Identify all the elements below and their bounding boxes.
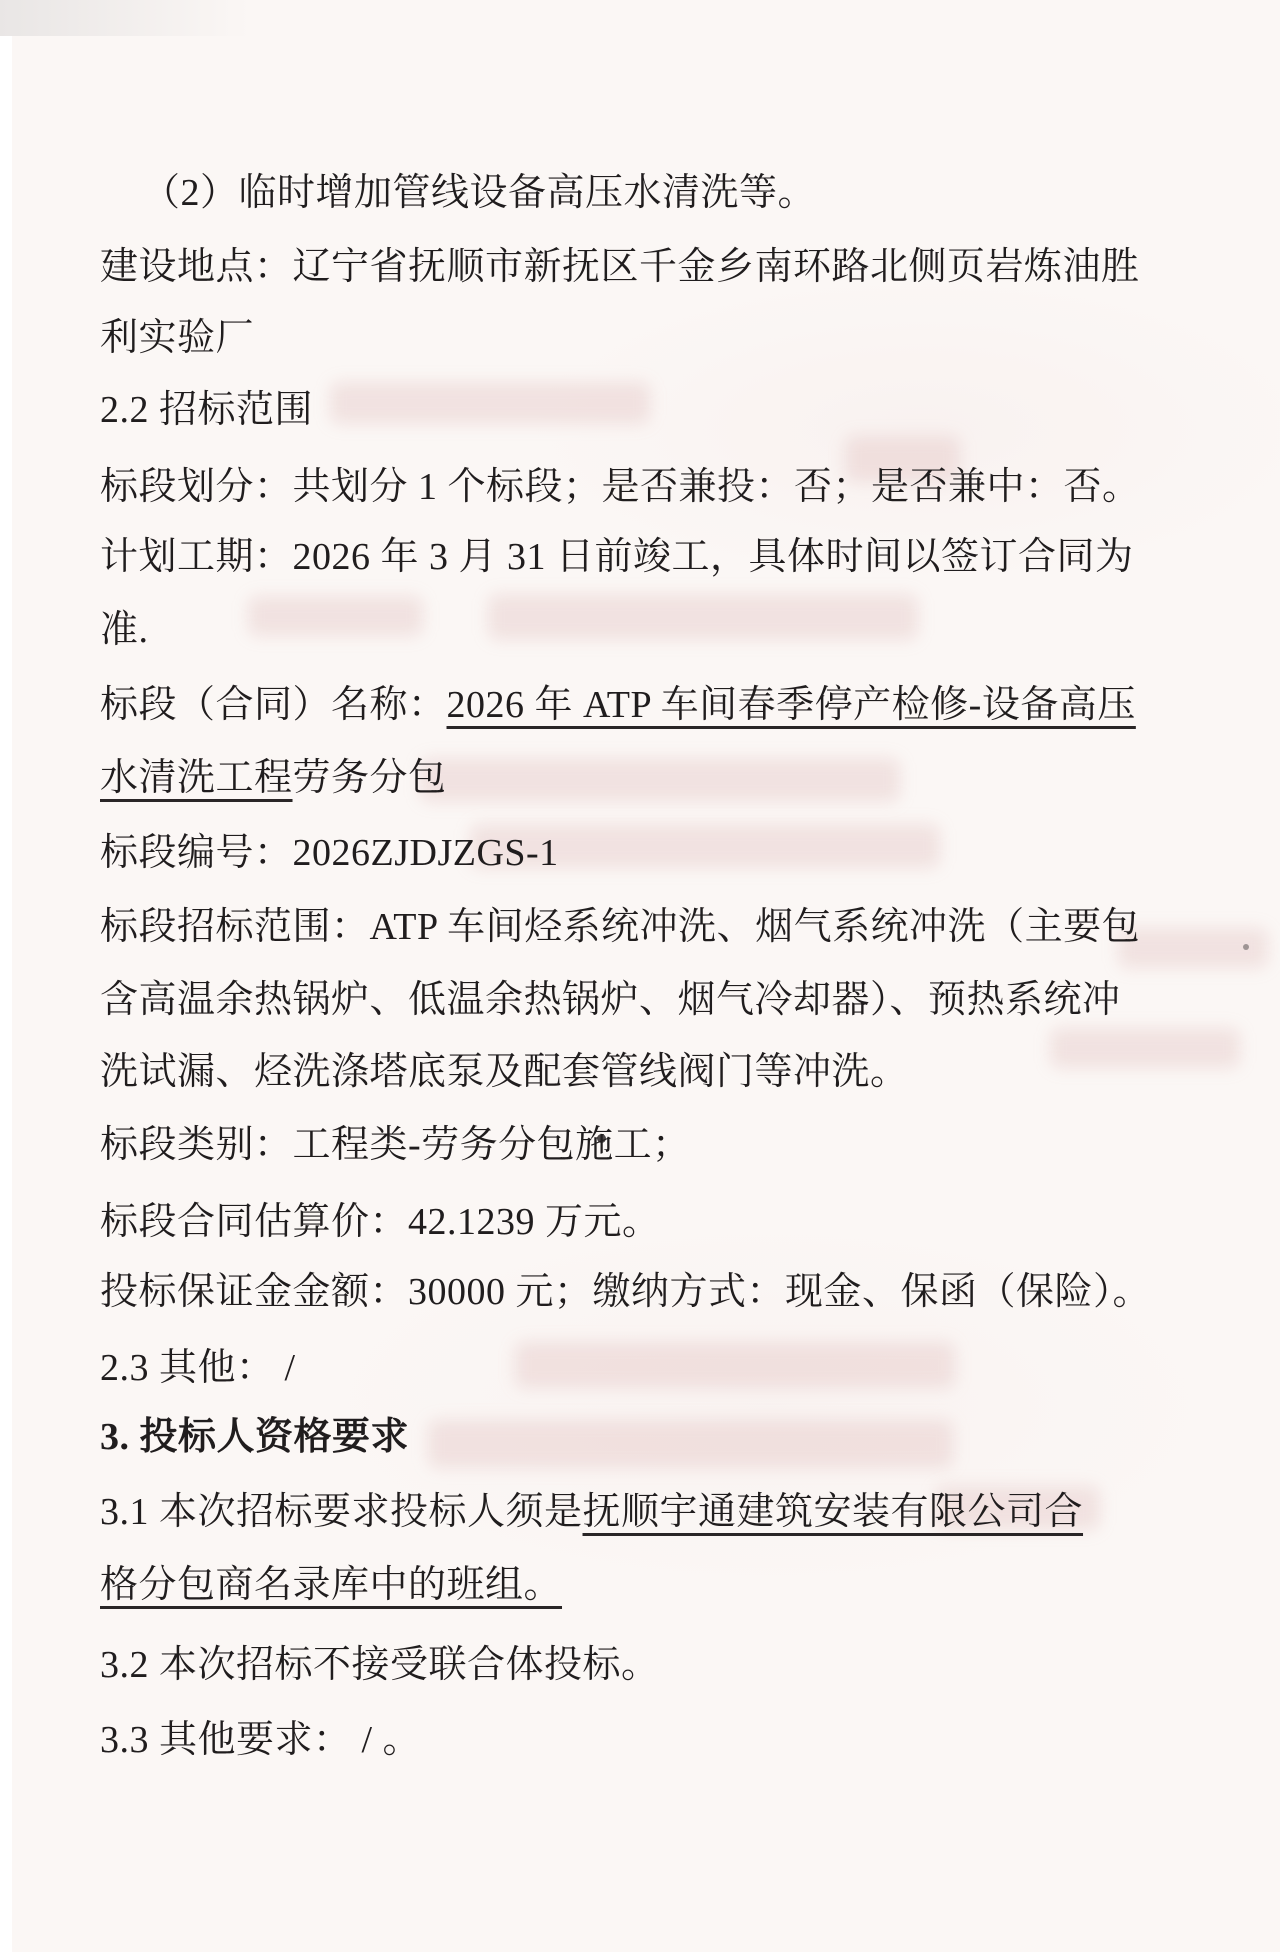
line-bid-scope-1: 标段招标范围：ATP 车间烃系统冲洗、烟气系统冲洗（主要包 [100,902,1140,952]
text-run: 利实验厂 [100,317,254,359]
bleed-through-mark [1050,1028,1240,1068]
text-run: 洗试漏、烃洗涤塔底泵及配套管线阀门等冲洗。 [100,1051,909,1093]
line-section-number: 标段编号：2026ZJDJZGS-1 [100,828,559,878]
text-run: 劳务分包 [293,757,447,799]
text-run: 建设地点：辽宁省抚顺市新抚区千金乡南环路北侧页岩炼油胜 [100,246,1140,288]
text-run: 标段合同估算价：42.1239 万元。 [100,1201,661,1243]
text-run: 2.2 招标范围 [100,389,313,431]
text-run: 计划工期：2026 年 3 月 31 日前竣工，具体时间以签订合同为 [100,536,1134,578]
text-run: 标段编号：2026ZJDJZGS-1 [100,832,559,874]
page-left-edge [0,0,12,1952]
line-construction-site-1: 建设地点：辽宁省抚顺市新抚区千金乡南环路北侧页岩炼油胜 [100,242,1140,292]
line-other-requirements: 3.3 其他要求： / 。 [100,1715,421,1765]
line-bid-scope-3: 洗试漏、烃洗涤塔底泵及配套管线阀门等冲洗。 [100,1047,909,1097]
text-run: 投标保证金金额：30000 元；缴纳方式：现金、保函（保险）。 [100,1271,1151,1313]
text-run: 标段招标范围：ATP 车间烃系统冲洗、烟气系统冲洗（主要包 [100,906,1140,948]
bleed-through-mark [330,382,650,424]
line-section-2-2-heading: 2.2 招标范围 [100,385,313,435]
bleed-through-mark [515,1342,955,1388]
line-section-category: 标段类别：工程类-劳务分包施工； [100,1120,691,1170]
line-construction-site-2: 利实验厂 [100,313,254,363]
line-contract-name-1: 标段（合同）名称：2026 年 ATP 车间春季停产检修-设备高压 [100,680,1136,730]
line-no-consortium: 3.2 本次招标不接受联合体投标。 [100,1640,660,1690]
line-planned-schedule-1: 计划工期：2026 年 3 月 31 日前竣工，具体时间以签订合同为 [100,532,1134,582]
line-bidder-requirement-2: 格分包商名录库中的班组。 [100,1560,562,1610]
line-contract-estimate: 标段合同估算价：42.1239 万元。 [100,1197,661,1247]
underlined-text-run: 水清洗工程 [100,757,293,799]
text-run: 3.2 本次招标不接受联合体投标。 [100,1644,660,1686]
bleed-through-mark [420,758,900,802]
bleed-through-mark [248,596,423,636]
line-temp-add-note: （2）临时增加管线设备高压水清洗等。 [142,168,816,218]
bleed-through-mark [488,594,918,640]
text-run: 含高温余热锅炉、低温余热锅炉、烟气冷却器）、预热系统冲 [100,979,1121,1021]
line-bid-scope-2: 含高温余热锅炉、低温余热锅炉、烟气冷却器）、预热系统冲 [100,975,1121,1025]
scan-corner-shade [0,0,250,36]
text-run: 3. 投标人资格要求 [100,1416,409,1458]
text-run: （2）临时增加管线设备高压水清洗等。 [142,172,816,214]
underlined-text-run: 2026 年 ATP 车间春季停产检修-设备高压 [447,684,1136,726]
line-bidder-requirement-1: 3.1 本次招标要求投标人须是抚顺宇通建筑安装有限公司合 [100,1487,1083,1537]
line-bid-bond: 投标保证金金额：30000 元；缴纳方式：现金、保函（保险）。 [100,1267,1151,1317]
line-planned-schedule-2: 准. [100,605,149,655]
underlined-text-run: 格分包商名录库中的班组。 [100,1564,562,1606]
text-run: 标段划分：共划分 1 个标段；是否兼投：否；是否兼中：否。 [100,466,1141,508]
text-run: 准. [100,609,149,651]
bleed-through-mark [428,1420,953,1468]
line-section-2-3-other: 2.3 其他： / [100,1343,296,1393]
text-run: 3.1 本次招标要求投标人须是 [100,1491,583,1533]
text-run: 2.3 其他： / [100,1347,296,1389]
text-run: 3.3 其他要求： / 。 [100,1719,421,1761]
line-contract-name-2: 水清洗工程劳务分包 [100,753,447,803]
line-bid-section-division: 标段划分：共划分 1 个标段；是否兼投：否；是否兼中：否。 [100,462,1141,512]
text-run: 标段（合同）名称： [100,684,447,726]
line-section-3-heading: 3. 投标人资格要求 [100,1412,409,1462]
ink-speck [1243,944,1249,950]
underlined-text-run: 抚顺宇通建筑安装有限公司合 [583,1491,1084,1533]
text-run: 标段类别：工程类-劳务分包施工； [100,1124,691,1166]
